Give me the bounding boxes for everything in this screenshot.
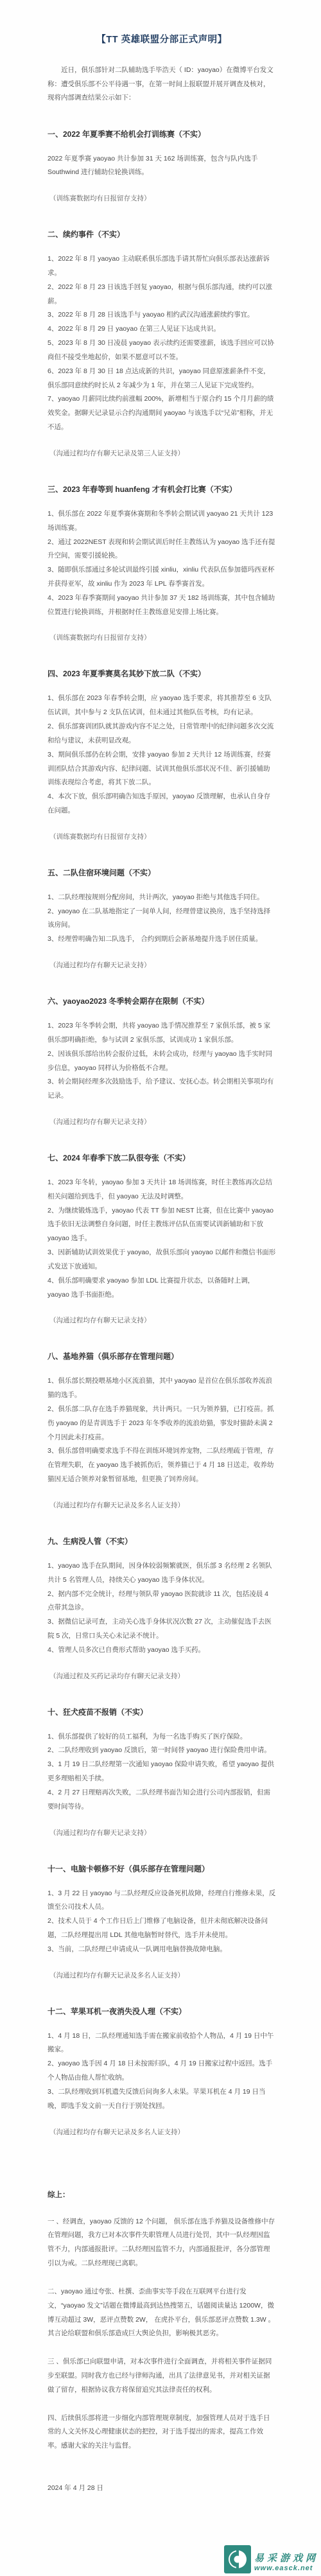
statement-section: 八、基地养猫（俱乐部存在管理问题）1、俱乐部长期投喂基地小区流浪猫，其中 yao… — [48, 1351, 276, 1512]
section-paragraph: 3、期间俱乐部仍在转会期，安排 yaoyao 参加 2 天共计 12 场训练赛，… — [48, 748, 276, 790]
section-paragraph: 5、2023 年 8 月 30 日凌晨 yaoyao 表示续约还需要涨薪，该选手… — [48, 337, 276, 365]
summary-paragraph: 三 、俱乐部已向联盟申请，对本次事件进行全面调查，并将相关事件证据同步至联盟。同… — [48, 2355, 276, 2397]
section-paragraph: 2022 年夏季赛 yaoyao 共计参加 31 天 162 场训练赛，包含与队… — [48, 152, 276, 180]
section-paragraph: 4、2023 年春季赛期间 yaoyao 共计参加 37 天 182 场训练赛，… — [48, 591, 276, 620]
evidence-note: （沟通过程及买药记录均存有聊天记录支持） — [48, 1670, 276, 1683]
section-heading: 十一、电脑卡顿修不好（俱乐部存在管理问题） — [48, 1863, 276, 1874]
statement-section: 一、2022 年夏季赛不给机会打训练赛（不实）2022 年夏季赛 yaoyao … — [48, 128, 276, 206]
evidence-note: （沟通过程均存有聊天记录及第三人证支持） — [48, 448, 276, 460]
section-paragraph: 4、管理人员多次已自费形式帮助 yaoyao 选手买药。 — [48, 1643, 276, 1658]
statement-section: 十、狂犬疫苗不报销（不实）1、俱乐部提供了较好的员工福利，为每一名选手购买了医疗… — [48, 1706, 276, 1840]
statement-section: 四、2023 年夏季赛莫名其妙下放二队（不实）1、俱乐部在 2023 年春季转会… — [48, 668, 276, 843]
summary-paragraph: 一 、经调查，yaoyao 反馈的 12 个问题， 俱乐部在选手养猫及设备维修中… — [48, 2215, 276, 2271]
watermark: 易采游戏网 www.easck.net — [224, 2545, 318, 2573]
section-paragraph: 2、俱乐部赛训团队就其游戏内容不足之处，日常管理中的纪律问题多次交流和给与建议，… — [48, 720, 276, 748]
statement-section: 五、二队住宿环境问题（不实）1、二队经理按规则分配房间，共计两次，yaoyao … — [48, 867, 276, 972]
section-heading: 九、生病没人管（不实） — [48, 1536, 276, 1546]
statement-section: 二、续约事件（不实）1、2022 年 8 月 yaoyao 主动联系俱乐部选手请… — [48, 229, 276, 460]
section-paragraph: 3、2022 年 8 月 28 日该选手与 yaoyao 相约武汉沟通涨薪续约事… — [48, 308, 276, 322]
summary-paragraph: 二、yaoyao 通过夸张、杜撰、歪曲事实等手段在互联网平台进行发文，“yaoy… — [48, 2285, 276, 2341]
evidence-note: （沟通过程均存有聊天记录支持） — [48, 1116, 276, 1129]
section-paragraph: 1、俱乐部长期投喂基地小区流浪猫，其中 yaoyao 是首位在俱乐部收养流浪猫的… — [48, 1374, 276, 1403]
summary-paragraph: 四、后续俱乐部将进一步细化内部管理规章制度，加强管理人员对于选手日常的人文关怀及… — [48, 2412, 276, 2453]
evidence-note: （沟通过程均存有聊天记录及多名人证支持） — [48, 1970, 276, 1983]
intro-paragraph: 近日，俱乐部针对二队辅助选手毕浩天（ ID：yaoyao）在微博平台发文称：遭受… — [48, 64, 276, 105]
section-paragraph: 1、俱乐部在 2022 年夏季赛休赛期和冬季转会期试训 yaoyao 21 天共… — [48, 507, 276, 536]
sections: 一、2022 年夏季赛不给机会打训练赛（不实）2022 年夏季赛 yaoyao … — [48, 128, 276, 2139]
section-paragraph: 3、1 月 19 日二队经理第一次通知 yaoyao 保险申请失败，希望 yao… — [48, 1758, 276, 1786]
section-heading: 四、2023 年夏季赛莫名其妙下放二队（不实） — [48, 668, 276, 679]
section-paragraph: 4、2 月 27 日理赔再次失败，二队经理书面告知会进行公司内部报销，但需要时间… — [48, 1786, 276, 1814]
section-paragraph: 4、本次下放，俱乐部明确告知选手原因，yaoyao 反馈理解，也承认自身存在问题… — [48, 790, 276, 818]
statement-date: 2024 年 4 月 28 日 — [48, 2483, 276, 2493]
evidence-note: （沟通过程均存有聊天记录及多名人证支持） — [48, 1500, 276, 1512]
section-paragraph: 2、二队经理收到 yaoyao 反馈后，第一时间替 yaoyao 进行保险费用申… — [48, 1744, 276, 1758]
section-paragraph: 3、当前，二队经理已申请成从一队调用电脑替换故障电脑。 — [48, 1943, 276, 1957]
section-paragraph: 1、二队经理按规则分配房间，共计两次，yaoyao 拒绝与其他选手同住。 — [48, 891, 276, 905]
section-heading: 十二、苹果耳机一夜消失没人理（不实） — [48, 2006, 276, 2017]
evidence-note: （训练赛数据均有日报留存支持） — [48, 193, 276, 206]
page-title: 【TT 英雄联盟分部正式声明】 — [48, 32, 276, 46]
statement-section: 六、yaoyao2023 冬季转会期存在限制（不实）1、2023 年冬季转会期，… — [48, 995, 276, 1129]
watermark-text: 易采游戏网 www.easck.net — [254, 2554, 318, 2573]
section-paragraph: 2、yaoyao 在二队基地指定了一间单人间，经理曾建议换房，选手坚持选择该房间… — [48, 905, 276, 933]
section-paragraph: 2、技术人员于 4 个工作日后上门维修了电脑设备，但并未彻底解决设备问题，二队经… — [48, 1914, 276, 1943]
statement-section: 十二、苹果耳机一夜消失没人理（不实）1、4 月 18 日，二队经理通知选手需在搬… — [48, 2006, 276, 2139]
evidence-note: （沟通过程均存有聊天记录支持） — [48, 959, 276, 972]
section-paragraph: 1、4 月 18 日，二队经理通知选手需在搬家前收拾个人物品，4 月 19 日中… — [48, 2029, 276, 2058]
section-heading: 六、yaoyao2023 冬季转会期存在限制（不实） — [48, 995, 276, 1006]
section-paragraph: 1、3 月 22 日 yaoyao 与二队经理反应设备死机故障，经理自行维修未果… — [48, 1887, 276, 1915]
statement-section: 七、2024 年春季下放二队很夸张（不实）1、2023 年冬转，yaoyao 参… — [48, 1152, 276, 1327]
section-paragraph: 1、2022 年 8 月 yaoyao 主动联系俱乐部选手请其帮忙向俱乐部表达涨… — [48, 252, 276, 281]
section-heading: 一、2022 年夏季赛不给机会打训练赛（不实） — [48, 128, 276, 139]
summary-paragraphs: 一 、经调查，yaoyao 反馈的 12 个问题， 俱乐部在选手养猫及设备维修中… — [48, 2215, 276, 2454]
evidence-note: （训练赛数据均有日报留存支持） — [48, 632, 276, 645]
section-heading: 七、2024 年春季下放二队很夸张（不实） — [48, 1152, 276, 1163]
section-paragraph: 3、经理曾明确告知二队选手， 合约到期后会新基地提升选手居住质量。 — [48, 933, 276, 947]
evidence-note: （训练赛数据均有日报留存支持） — [48, 831, 276, 844]
section-paragraph: 2、yaoyao 选手因 4 月 18 日未按需归队，4 月 19 日搬家过程中… — [48, 2057, 276, 2085]
section-heading: 三、2023 年春等到 huanfeng 才有机会打比赛（不实） — [48, 484, 276, 495]
easck-logo-icon — [224, 2545, 251, 2573]
section-paragraph: 4、2022 年 8 月 29 日 yaoyao 在第三人见证下达成共识。 — [48, 322, 276, 337]
statement-section: 十一、电脑卡顿修不好（俱乐部存在管理问题）1、3 月 22 日 yaoyao 与… — [48, 1863, 276, 1983]
section-paragraph: 2、因该俱乐部给出转会报价过低，未转会成功，经理与 yaoyao 选手实时同步信… — [48, 1047, 276, 1076]
statement-section: 九、生病没人管（不实）1、yaoyao 选手在队期间，因身体较弱频繁就医，俱乐部… — [48, 1536, 276, 1683]
statement-section: 三、2023 年春等到 huanfeng 才有机会打比赛（不实）1、俱乐部在 2… — [48, 484, 276, 645]
section-paragraph: 3、俱乐部曾明确要求选手不得在训练环境饲养宠物，二队经理疏于管理，存在管理失职，… — [48, 1444, 276, 1486]
evidence-note: （沟通过程均存有聊天记录支持） — [48, 1315, 276, 1327]
section-paragraph: 2、2022 年 8 月 23 日该选手回复 yaoyao，根据与俱乐部沟通，续… — [48, 281, 276, 309]
section-paragraph: 1、2023 年冬转，yaoyao 参加 3 天共计 18 场训练赛，时任主教练… — [48, 1176, 276, 1204]
section-paragraph: 6、2023 年 8 月 30 日 18 点达成新的共识，yaoyao 同意原涨… — [48, 365, 276, 393]
statement-document-page: 【TT 英雄联盟分部正式声明】 近日，俱乐部针对二队辅助选手毕浩天（ ID：ya… — [0, 0, 321, 2576]
section-paragraph: 2、俱乐部二队存在选手养猫现象，共计两只。一只为领养猫，已打疫苗。抓伤 yaoy… — [48, 1403, 276, 1444]
section-paragraph: 3、随即俱乐部通过多轮试训最终引援 xinliu，xinliu 代表队伍参加德玛… — [48, 563, 276, 591]
evidence-note: （沟通过程均存有聊天记录支持） — [48, 1827, 276, 1840]
section-paragraph: 3、据微信记录可查，主动关心选手身体状况次数 27 次，主动催促选手去医院 5 … — [48, 1615, 276, 1643]
section-paragraph: 3、二队经理收到耳机遗失反馈后问询多人未果。苹果耳机在 4 月 19 日当晚，即… — [48, 2085, 276, 2114]
section-heading: 二、续约事件（不实） — [48, 229, 276, 240]
section-paragraph: 1、2023 年冬季转会期，共将 yaoyao 选手情况推荐至 7 家俱乐部，被… — [48, 1019, 276, 1047]
section-heading: 八、基地养猫（俱乐部存在管理问题） — [48, 1351, 276, 1362]
section-heading: 五、二队住宿环境问题（不实） — [48, 867, 276, 878]
section-paragraph: 2、为继续锻炼选手，yaoyao 代表 TT 参加 NEST 比赛，但在比赛中 … — [48, 1204, 276, 1246]
section-paragraph: 2、据内部不完全统计，经理与领队带 yaoyao 医院就诊 11 次，包括凌晨 … — [48, 1588, 276, 1616]
section-paragraph: 1、俱乐部在 2023 年春季转会期，应 yaoyao 选手要求，将其推荐至 6… — [48, 692, 276, 720]
summary-heading: 综上： — [48, 2189, 276, 2200]
section-paragraph: 4、俱乐部明确要求 yaoyao 参加 LDL 比赛提升状态，以备随时上调，ya… — [48, 1274, 276, 1302]
section-paragraph: 1、俱乐部提供了较好的员工福利，为每一名选手购买了医疗保险。 — [48, 1730, 276, 1744]
section-heading: 十、狂犬疫苗不报销（不实） — [48, 1706, 276, 1717]
section-paragraph: 3、因新辅助试训效果优于 yaoyao，故俱乐部向 yaoyao 以邮件和微信书… — [48, 1246, 276, 1274]
section-paragraph: 2、通过 2022NEST 表现和转会期试训后时任主教练认为 yaoyao 选手… — [48, 536, 276, 564]
watermark-site-url: www.easck.net — [254, 2564, 313, 2573]
section-paragraph: 3、转会期间经理多次鼓励选手，给予建议、安抚心态。转会期相关事项均有记录。 — [48, 1075, 276, 1103]
section-paragraph: 7、yaoyao 月薪同比续约前涨幅 200%，新增相当于原合约 15 个月月薪… — [48, 392, 276, 434]
watermark-site-name: 易采游戏网 — [254, 2554, 318, 2564]
evidence-note: （沟通过程均存有聊天记录及多名人证支持） — [48, 2126, 276, 2139]
section-paragraph: 1、yaoyao 选手在队期间，因身体较弱频繁就医，俱乐部 3 名经理 2 名领… — [48, 1559, 276, 1588]
